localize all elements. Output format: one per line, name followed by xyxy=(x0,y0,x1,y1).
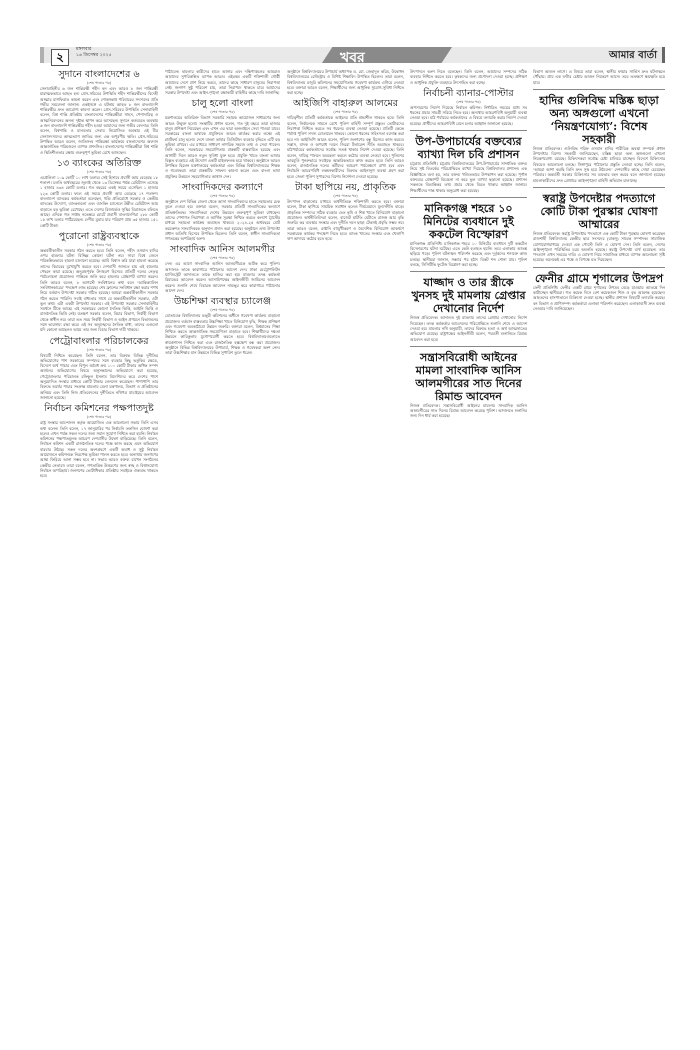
article: অনুষ্ঠানে বিশ্ববিদ্যালয়ের উপাচার্য অধ্য… xyxy=(287,69,404,95)
article-headline: নির্বাচন কমিশনের পক্ষপাতদুষ্ট xyxy=(40,403,158,415)
article-body: উৎপাদন বাড়ানোর মাধ্যমে অর্থনীতিকে শক্তি… xyxy=(287,199,404,241)
article-body: সেনাবাহিনীর ৬ জন শান্তিরক্ষী শহীদ হন এবং… xyxy=(40,86,158,155)
article-body: বিষয়টি নিশ্চিত করেছেন। তিনি বলেন, তার ব… xyxy=(40,353,158,401)
article-body: দায়িত্বশীল প্রতিটি কর্মকর্তাকে আইনের প্… xyxy=(287,115,404,179)
article: টাকা ছাপিয়ে নয়, প্রাকৃতিক (শেষ পাতার প… xyxy=(287,182,404,241)
divider xyxy=(410,346,527,347)
dateline: মঙ্গলবার ১৬ ডিসেম্বর ২০২৫ xyxy=(76,47,112,59)
article: সাংবাদিক আনিস আলমগীর (শেষ পাতার পর) দেন।… xyxy=(165,244,280,293)
article-headline: হাদির গুলিবিদ্ধ মস্তিষ্ক ছাড়া অন্য অঙ্গ… xyxy=(533,94,665,146)
article-headline: মানিকগঞ্জ শহরে ১০ মিনিটের ব্যবধানে দুই ক… xyxy=(410,202,527,241)
article-body: এপ্রেলিলা ১০৯ কোটি ১০ লাখ ডলার। সেই হিসা… xyxy=(40,175,158,228)
article-body: মোতাবেক বিশ্ববিদ্যালয় মঞ্জুরী কমিশনের অ… xyxy=(165,313,280,355)
article: মানিকগঞ্জ শহরে ১০ মিনিটের ব্যবধানে দুই ক… xyxy=(410,202,527,267)
divider xyxy=(533,89,665,90)
article-body: চট্টগ্রাম প্রতিনিধি। চট্টগ্রাম বিশ্ববিদ্… xyxy=(410,161,527,193)
article: পেট্রোবাংলার পরিচালকের (শেষ পাতার পর) বি… xyxy=(40,336,158,401)
article: স্বরাষ্ট্র উপদেষ্টার পদত্যাগে কোটি টাকা … xyxy=(533,192,665,263)
article-body: নিজস্ব প্রতিবেদক। গুলিবিদ্ধ শরিফ ওসমান হ… xyxy=(533,146,665,183)
article-headline: পুরোনো রাষ্ট্রব্যবস্থাকে xyxy=(40,231,158,243)
column-3: অনুষ্ঠানে বিশ্ববিদ্যালয়ের উপাচার্য অধ্য… xyxy=(287,69,404,1019)
article: পাঠাবেন। হামলার কারীদের হাতে আসার এবং দক… xyxy=(165,69,280,95)
article-headline: টাকা ছাপিয়ে নয়, প্রাকৃতিক xyxy=(287,182,404,194)
article: নির্বাচনী ব্যানার-পোস্টার (শেষ পাতার পর)… xyxy=(410,88,527,126)
column-2: পাঠাবেন। হামলার কারীদের হাতে আসার এবং দক… xyxy=(165,69,280,1019)
article-headline: ১৩ ব্যাংকের অতিরিক্ত xyxy=(40,158,158,170)
article-headline: সুদানে বাংলাদেশের ৬ xyxy=(40,69,158,81)
article: সাংবাদিকদের কল্যাণে (শেষ পাতার পর) অনুষ্… xyxy=(165,182,280,241)
article-body: পাঠাবেন। হামলার কারীদের হাতে আসার এবং দক… xyxy=(165,69,280,95)
article: নির্বাচন কমিশনের পক্ষপাতদুষ্ট (শেষ পাতার… xyxy=(40,403,158,478)
divider xyxy=(410,271,527,272)
brand-divider xyxy=(662,47,665,63)
article-body: মন্ত্রণালয়ের অতিরিক্ত বিভাগ সরকারি সহায… xyxy=(165,115,280,179)
article: পুরোনো রাষ্ট্রব্যবস্থাকে (শেষ পাতার পর) … xyxy=(40,231,158,333)
section-title: খবর xyxy=(340,46,365,70)
article: উৎপাদনে অংশ নিতে বলেছেন। তিনি বলেন, আমাদ… xyxy=(410,69,527,85)
article-headline: সন্ত্রাসবিরোধী আইনের মামলা সাংবাদিক আনিস… xyxy=(410,351,527,403)
article: যাজ্জাদ ও তার স্ত্রীকে খুনসহ দুই মামলায়… xyxy=(410,276,527,341)
column-5: বিভাগ আগুন লাগে। এ বিষয়ে তারা বলেন, স্থ… xyxy=(533,69,665,1019)
article-body: অনুষ্ঠানে বিশ্ববিদ্যালয়ের উপাচার্য অধ্য… xyxy=(287,69,404,95)
article: সন্ত্রাসবিরোধী আইনের মামলা সাংবাদিক আনিস… xyxy=(410,351,527,419)
article: ১৩ ব্যাংকের অতিরিক্ত (শেষ পাতার পর) এপ্র… xyxy=(40,158,158,228)
article-body: বিভাগ আগুন লাগে। এ বিষয়ে তারা বলেন, স্থ… xyxy=(533,69,665,85)
article: বিভাগ আগুন লাগে। এ বিষয়ে তারা বলেন, স্থ… xyxy=(533,69,665,85)
article-body: ফেনী প্রতিনিধি। ফেনীর একটি গ্রামে শৃগালে… xyxy=(533,285,665,311)
page-header: ২ মঙ্গলবার ১৬ ডিসেম্বর ২০২৫ খবর আমার বার… xyxy=(40,47,665,63)
article-body: মানিকগঞ্জ প্রতিনিধি। মানিকগঞ্জ শহরে ১০ ম… xyxy=(410,241,527,267)
article: উপ-উপাচার্যের বক্তব্যের ব্যাখ্যা দিল চবি… xyxy=(410,135,527,193)
newspaper-page: ২ মঙ্গলবার ১৬ ডিসেম্বর ২০২৫ খবর আমার বার… xyxy=(40,47,665,1022)
article-body: নিজস্ব প্রতিবেদক। স্বরাষ্ট্র উপদেষ্টার প… xyxy=(533,231,665,263)
article-body: উৎপাদনে অংশ নিতে বলেছেন। তিনি বলেন, আমাদ… xyxy=(410,69,527,85)
article-headline: ফেনীর গ্রামে শৃগালের উপদ্রপ xyxy=(533,272,665,285)
article-headline: নির্বাচনী ব্যানার-পোস্টার xyxy=(410,88,527,100)
article-headline: যাজ্জাদ ও তার স্ত্রীকে খুনসহ দুই মামলায়… xyxy=(410,276,527,315)
article-body: অনুষ্ঠানে দেশ বিভিন্ন জেলা থেকে আসা সাংব… xyxy=(165,199,280,241)
columns: সুদানে বাংলাদেশের ৬ (শেষ পাতার পর) সেনাব… xyxy=(40,69,665,1019)
article: আইজিপি বাহারুল আলমের (শেষ পাতার পর) দায়… xyxy=(287,98,404,179)
article-headline: সাংবাদিকদের কল্যাণে xyxy=(165,182,280,194)
page-number: ২ xyxy=(51,49,69,66)
column-1: সুদানে বাংলাদেশের ৬ (শেষ পাতার পর) সেনাব… xyxy=(40,69,158,1019)
divider xyxy=(410,130,527,131)
article-headline: স্বরাষ্ট্র উপদেষ্টার পদত্যাগে কোটি টাকা … xyxy=(533,192,665,231)
article-headline: সাংবাদিক আনিস আলমগীর xyxy=(165,244,280,256)
article-headline: চালু হলো বাংলা xyxy=(165,98,280,110)
article-body: রাষ্ট্র সংস্কার আন্দোলন কর্তৃক আয়োজিত এ… xyxy=(40,420,158,478)
article-headline: আইজিপি বাহারুল আলমের xyxy=(287,98,404,110)
article: হাদির গুলিবিদ্ধ মস্তিষ্ক ছাড়া অন্য অঙ্গ… xyxy=(533,94,665,183)
article-headline: উপ-উপাচার্যের বক্তব্যের ব্যাখ্যা দিল চবি… xyxy=(410,135,527,161)
article-body: নিজস্ব প্রতিবেদক। সন্ত্রাসবিরোধী আইনের ম… xyxy=(410,403,527,419)
brand-logo: আমার বার্তা xyxy=(609,48,657,65)
article: উচ্চশিক্ষা ব্যবস্থার চ্যালেঞ্জ (শেষ পাতা… xyxy=(165,296,280,355)
date: ১৬ ডিসেম্বর ২০২৫ xyxy=(76,53,112,59)
article-body: অপসারণের নির্দেশ দিয়েছে নির্বাচন কমিশন।… xyxy=(410,105,527,126)
divider xyxy=(533,187,665,188)
article: ফেনীর গ্রামে শৃগালের উপদ্রপ ফেনী প্রতিনি… xyxy=(533,272,665,311)
article-body: নিজস্ব প্রতিবেদক। আদালত দুই মামলায় তাদে… xyxy=(410,315,527,341)
divider xyxy=(410,197,527,198)
column-4: উৎপাদনে অংশ নিতে বলেছেন। তিনি বলেন, আমাদ… xyxy=(410,69,527,1019)
divider xyxy=(533,267,665,268)
article-headline: পেট্রোবাংলার পরিচালকের xyxy=(40,336,158,348)
article-headline: উচ্চশিক্ষা ব্যবস্থার চ্যালেঞ্জ xyxy=(165,296,280,308)
article-body: অন্তর্বর্তীকালীন সরকার গঠন করতে হবে। তিন… xyxy=(40,248,158,333)
article: সুদানে বাংলাদেশের ৬ (শেষ পাতার পর) সেনাব… xyxy=(40,69,158,155)
article-body: দেন। এর আগে সাংবাদিক আনিস আলমগীরকে আটক ক… xyxy=(165,261,280,293)
article: চালু হলো বাংলা (শেষ পাতার পর) মন্ত্রণালয… xyxy=(165,98,280,179)
